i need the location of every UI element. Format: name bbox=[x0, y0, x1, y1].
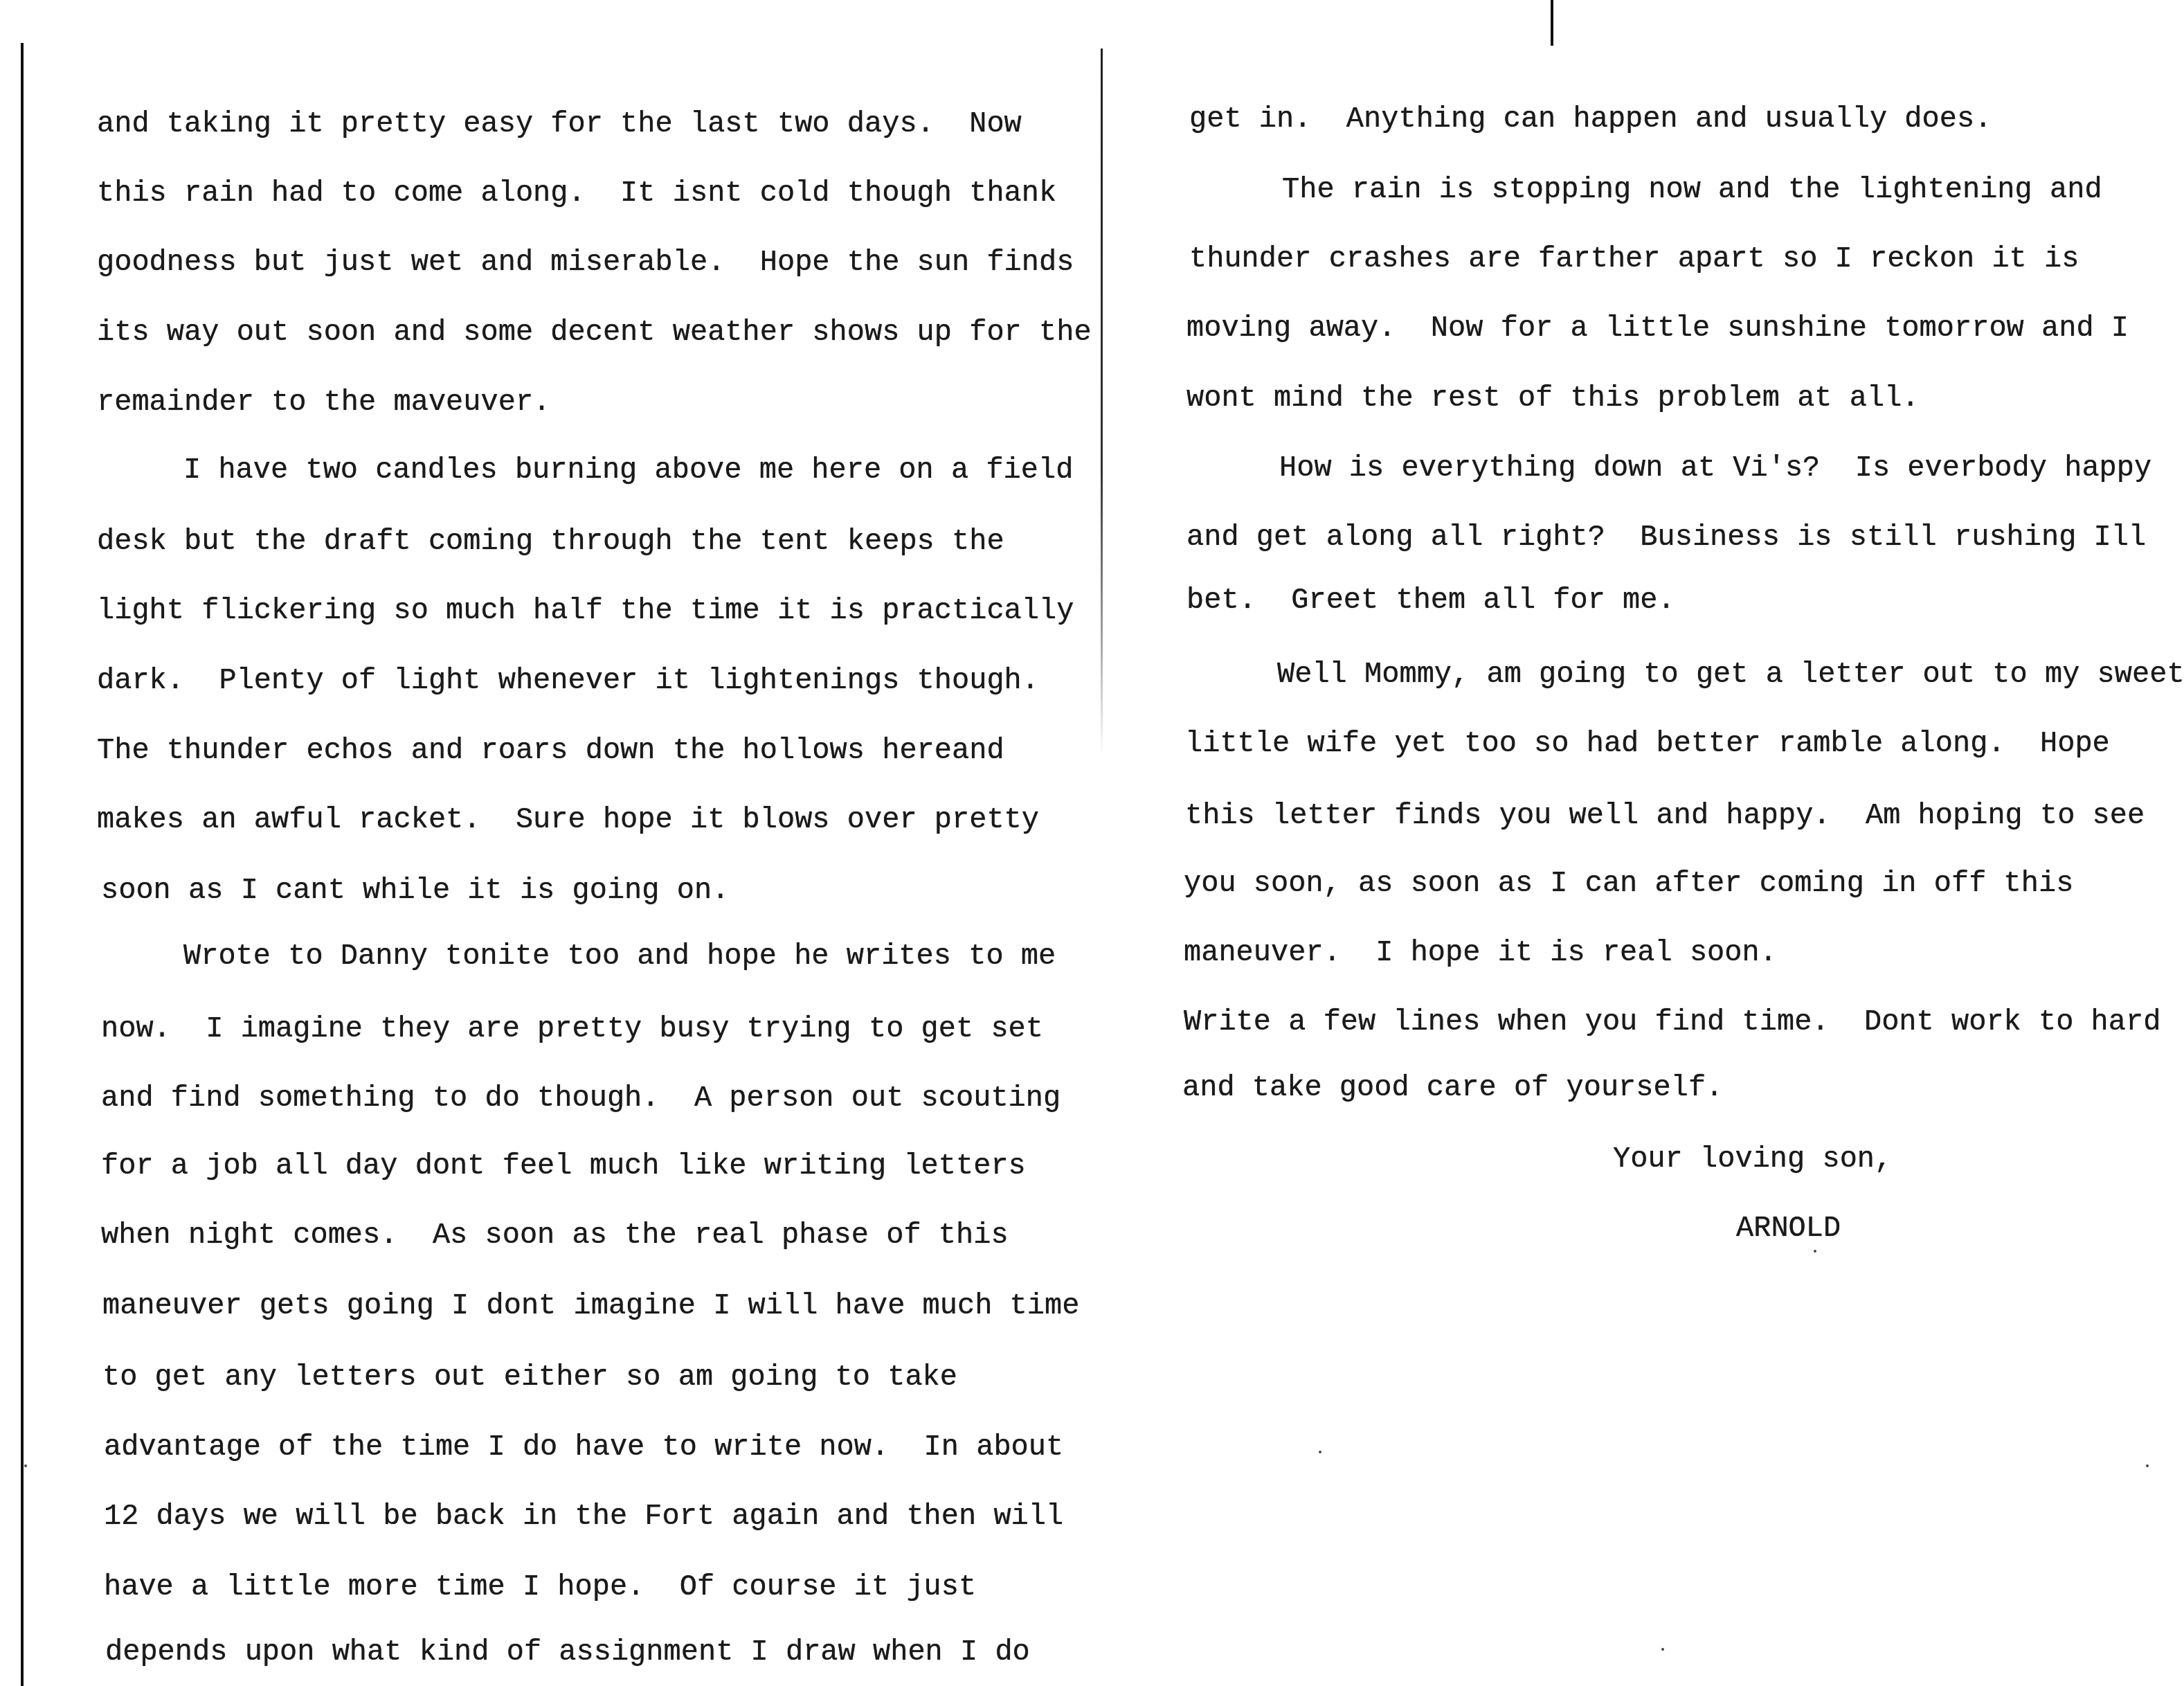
text-line: 12 days we will be back in the Fort agai… bbox=[104, 1500, 1063, 1533]
scan-speck bbox=[1319, 1451, 1321, 1453]
text-line: advantage of the time I do have to write… bbox=[104, 1431, 1063, 1464]
paragraph-first-line: The rain is stopping now and the lighten… bbox=[1282, 173, 2102, 206]
text-line: thunder crashes are farther apart so I r… bbox=[1189, 242, 2079, 276]
scan-speck bbox=[1814, 1250, 1816, 1253]
text-line: Write a few lines when you find time. Do… bbox=[1184, 1005, 2160, 1039]
text-line: now. I imagine they are pretty busy tryi… bbox=[101, 1012, 1043, 1046]
top-edge-mark bbox=[1551, 0, 1553, 46]
text-line: depends upon what kind of assignment I d… bbox=[105, 1635, 1030, 1669]
text-line: soon as I cant while it is going on. bbox=[101, 874, 729, 907]
text-line: and find something to do though. A perso… bbox=[101, 1082, 1061, 1115]
scan-speck bbox=[24, 1464, 27, 1467]
text-line: moving away. Now for a little sunshine t… bbox=[1186, 312, 2129, 345]
scan-speck bbox=[2146, 1464, 2149, 1467]
paragraph-first-line: Wrote to Danny tonite too and hope he wr… bbox=[183, 940, 1056, 973]
text-line: maneuver gets going I dont imagine I wil… bbox=[102, 1289, 1079, 1322]
text-line: get in. Anything can happen and usually … bbox=[1189, 102, 1992, 136]
paragraph-first-line: How is everything down at Vi's? Is everb… bbox=[1279, 451, 2151, 485]
closing-salutation: Your loving son, bbox=[1613, 1142, 1892, 1176]
text-line: dark. Plenty of light whenever it lighte… bbox=[97, 664, 1039, 697]
scanned-letter-page: and taking it pretty easy for the last t… bbox=[0, 0, 2184, 1686]
signature: ARNOLD bbox=[1736, 1212, 1841, 1245]
text-line: to get any letters out either so am goin… bbox=[102, 1361, 957, 1394]
paragraph-first-line: I have two candles burning above me here… bbox=[183, 454, 1073, 487]
text-line: and get along all right? Business is sti… bbox=[1186, 521, 2146, 554]
text-line: little wife yet too so had better ramble… bbox=[1185, 727, 2110, 760]
text-line: for a job all day dont feel much like wr… bbox=[101, 1149, 1026, 1183]
column-divider bbox=[1101, 48, 1103, 755]
text-line: makes an awful racket. Sure hope it blow… bbox=[97, 803, 1039, 836]
text-line: The thunder echos and roars down the hol… bbox=[97, 734, 1004, 767]
text-line: when night comes. As soon as the real ph… bbox=[101, 1219, 1009, 1252]
text-line: have a little more time I hope. Of cours… bbox=[104, 1570, 976, 1604]
text-line: you soon, as soon as I can after coming … bbox=[1184, 867, 2073, 900]
text-line: this rain had to come along. It isnt col… bbox=[97, 177, 1056, 210]
left-page-border bbox=[21, 43, 24, 1686]
text-line: maneuver. I hope it is real soon. bbox=[1184, 936, 1777, 969]
text-line: its way out soon and some decent weather… bbox=[97, 316, 1092, 349]
text-line: desk but the draft coming through the te… bbox=[97, 525, 1004, 558]
text-line: remainder to the maveuver. bbox=[97, 386, 550, 419]
text-line: light flickering so much half the time i… bbox=[97, 594, 1074, 627]
scan-speck bbox=[1661, 1648, 1664, 1651]
text-line: bet. Greet them all for me. bbox=[1186, 584, 1675, 617]
paragraph-first-line: Well Mommy, am going to get a letter out… bbox=[1277, 658, 2184, 691]
text-line: wont mind the rest of this problem at al… bbox=[1186, 382, 1920, 415]
text-line: and take good care of yourself. bbox=[1182, 1071, 1723, 1104]
text-line: and taking it pretty easy for the last t… bbox=[97, 107, 1022, 141]
text-line: goodness but just wet and miserable. Hop… bbox=[97, 246, 1074, 279]
text-line: this letter finds you well and happy. Am… bbox=[1185, 799, 2145, 832]
